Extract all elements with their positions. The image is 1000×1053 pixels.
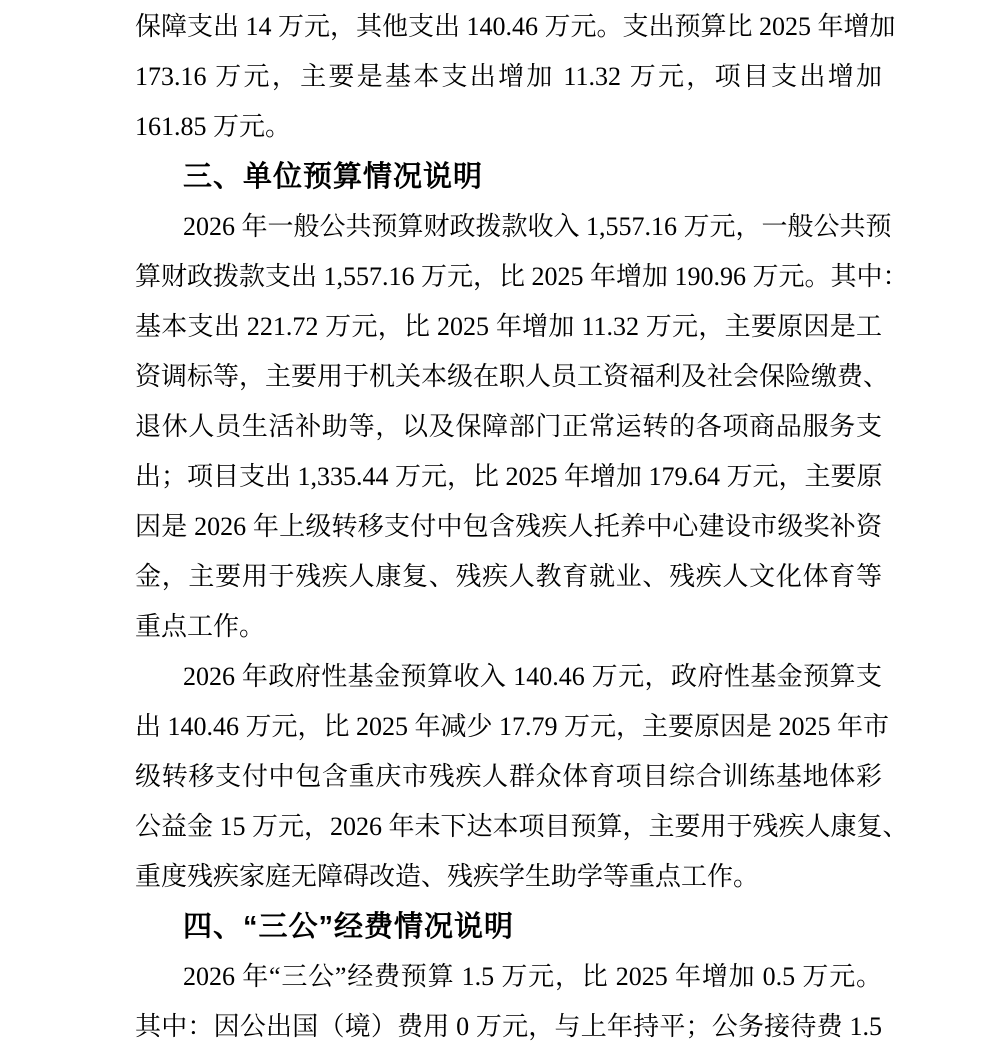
paragraph: 2026 年政府性基金预算收入 140.46 万元，政府性基金预算支出 140.…	[135, 652, 882, 902]
text-line: 出 140.46 万元，比 2025 年减少 17.79 万元，主要原因是 20…	[135, 702, 882, 752]
text-line: 因是 2026 年上级转移支付中包含残疾人托养中心建设市级奖补资	[135, 502, 882, 552]
section-heading: 四、“三公”经费情况说明	[135, 902, 882, 952]
text-line: 其中：因公出国（境）费用 0 万元，与上年持平；公务接待费 1.5	[135, 1002, 882, 1052]
text-line: 2026 年“三公”经费预算 1.5 万元，比 2025 年增加 0.5 万元。	[135, 952, 882, 1002]
paragraph: 保障支出 14 万元，其他支出 140.46 万元。支出预算比 2025 年增加…	[135, 2, 882, 152]
text-line: 退休人员生活补助等，以及保障部门正常运转的各项商品服务支	[135, 402, 882, 452]
text-line: 2026 年一般公共预算财政拨款收入 1,557.16 万元，一般公共预	[135, 202, 882, 252]
text-line: 资调标等，主要用于机关本级在职人员工资福利及社会保险缴费、	[135, 352, 882, 402]
text-line: 重点工作。	[135, 602, 882, 652]
paragraph: 2026 年“三公”经费预算 1.5 万元，比 2025 年增加 0.5 万元。…	[135, 952, 882, 1052]
text-line: 出；项目支出 1,335.44 万元，比 2025 年增加 179.64 万元，…	[135, 452, 882, 502]
text-line: 级转移支付中包含重庆市残疾人群众体育项目综合训练基地体彩	[135, 752, 882, 802]
text-line: 金，主要用于残疾人康复、残疾人教育就业、残疾人文化体育等	[135, 552, 882, 602]
section-heading: 三、单位预算情况说明	[135, 152, 882, 202]
document-content: 保障支出 14 万元，其他支出 140.46 万元。支出预算比 2025 年增加…	[135, 2, 882, 1052]
text-line: 161.85 万元。	[135, 102, 882, 152]
text-line: 算财政拨款支出 1,557.16 万元，比 2025 年增加 190.96 万元…	[135, 252, 882, 302]
text-line: 2026 年政府性基金预算收入 140.46 万元，政府性基金预算支	[135, 652, 882, 702]
text-line: 公益金 15 万元，2026 年未下达本项目预算，主要用于残疾人康复、	[135, 802, 882, 852]
paragraph: 2026 年一般公共预算财政拨款收入 1,557.16 万元，一般公共预算财政拨…	[135, 202, 882, 652]
text-line: 173.16 万元，主要是基本支出增加 11.32 万元，项目支出增加	[135, 52, 882, 102]
heading-text: 四、“三公”经费情况说明	[135, 902, 882, 952]
text-line: 保障支出 14 万元，其他支出 140.46 万元。支出预算比 2025 年增加	[135, 2, 882, 52]
heading-text: 三、单位预算情况说明	[135, 152, 882, 202]
text-line: 重度残疾家庭无障碍改造、残疾学生助学等重点工作。	[135, 852, 882, 902]
text-line: 基本支出 221.72 万元，比 2025 年增加 11.32 万元，主要原因是…	[135, 302, 882, 352]
document-page: 保障支出 14 万元，其他支出 140.46 万元。支出预算比 2025 年增加…	[0, 0, 1000, 1053]
